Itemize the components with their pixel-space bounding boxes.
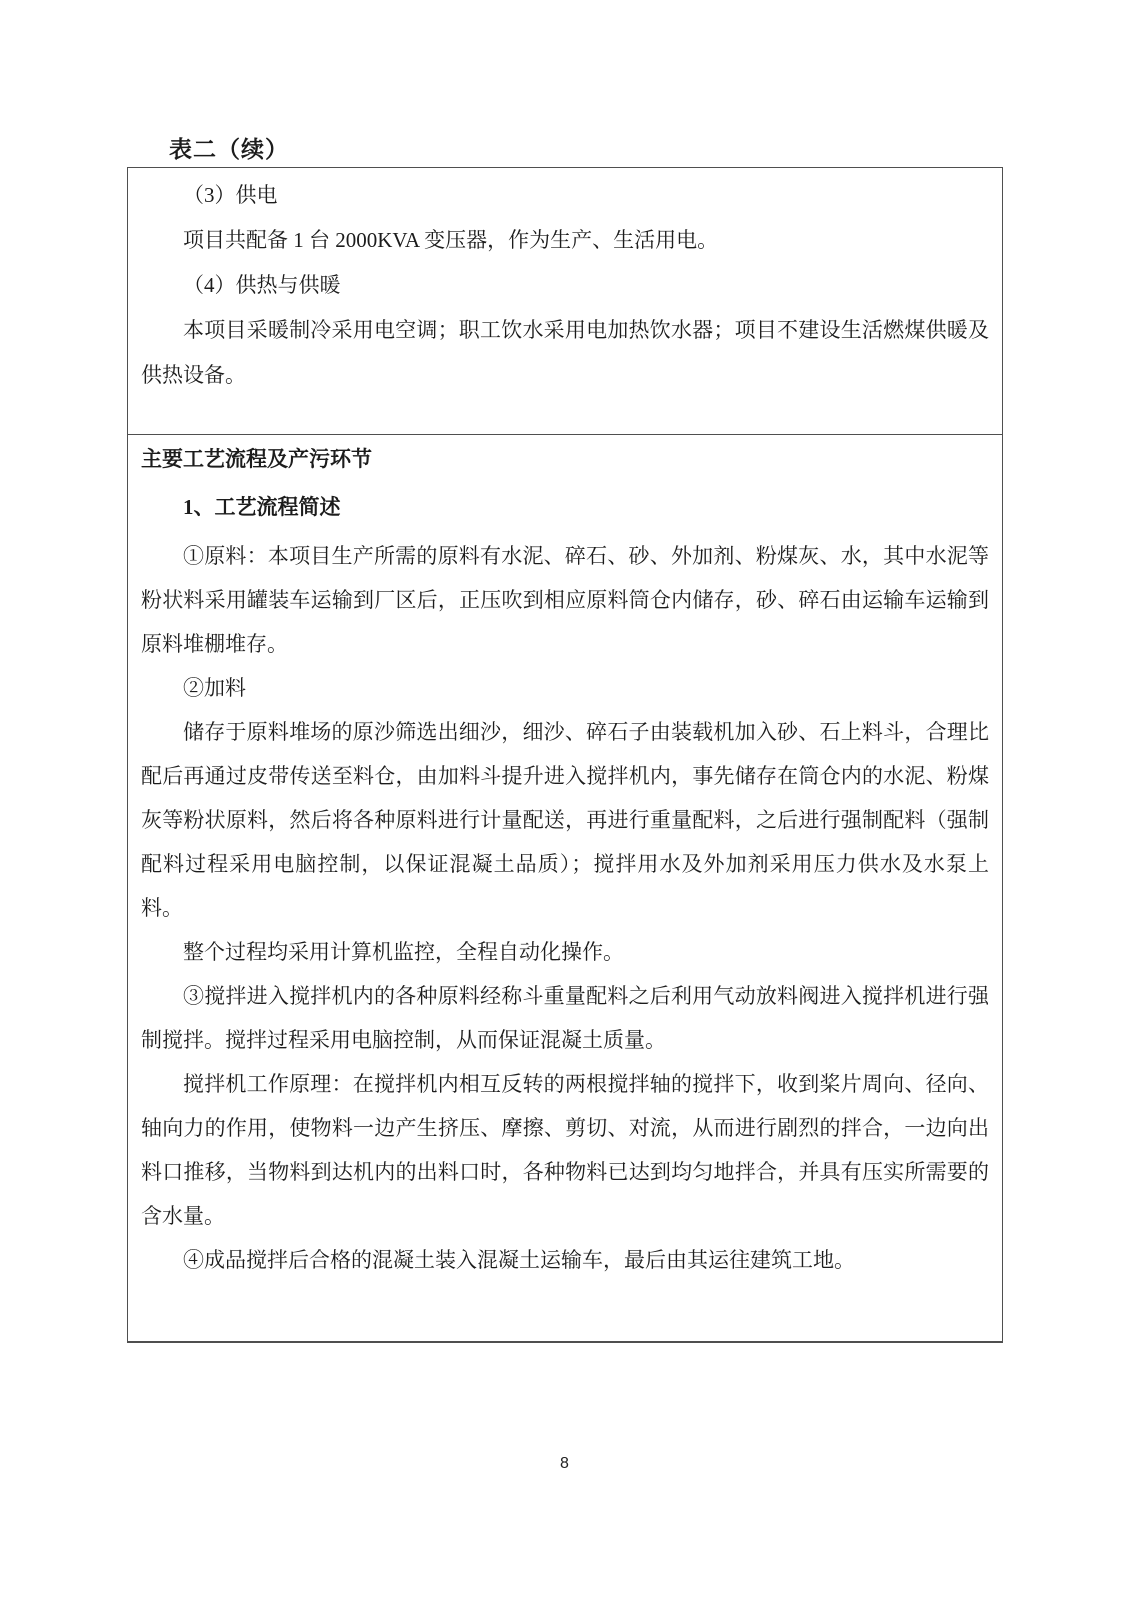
page-title: 表二（续） [169, 131, 289, 164]
table-cell-process: 主要工艺流程及产污环节 1、工艺流程简述 ①原料：本项目生产所需的原料有水泥、碎… [128, 435, 1002, 1341]
paragraph-step2-feeding-detail: 储存于原料堆场的原沙筛选出细沙，细沙、碎石子由装载机加入砂、石上料斗，合理比配后… [141, 710, 989, 930]
paragraph-step3-mixing: ③搅拌进入搅拌机内的各种原料经称斗重量配料之后利用气动放料阀进入搅拌机进行强制搅… [141, 974, 989, 1062]
paragraph-step2-feeding-heading: ②加料 [141, 666, 989, 710]
page-number: 8 [0, 1455, 1129, 1473]
paragraph-heating-detail: 本项目采暖制冷采用电空调；职工饮水采用电加热饮水器；项目不建设生活燃煤供暖及供热… [141, 308, 989, 398]
paragraph-automation-note: 整个过程均采用计算机监控，全程自动化操作。 [141, 930, 989, 974]
paragraph-power-heading: （3）供电 [141, 173, 989, 218]
paragraph-heating-heading: （4）供热与供暖 [141, 263, 989, 308]
paragraph-step4-product: ④成品搅拌后合格的混凝土装入混凝土运输车，最后由其运往建筑工地。 [141, 1238, 989, 1282]
process-section-subheader: 1、工艺流程简述 [141, 485, 989, 529]
paragraph-step1-raw-materials: ①原料：本项目生产所需的原料有水泥、碎石、砂、外加剂、粉煤灰、水，其中水泥等粉状… [141, 534, 989, 666]
table-cell-utilities: （3）供电 项目共配备 1 台 2000KVA 变压器，作为生产、生活用电。 （… [128, 168, 1002, 435]
paragraph-power-detail: 项目共配备 1 台 2000KVA 变压器，作为生产、生活用电。 [141, 218, 989, 263]
process-section-header: 主要工艺流程及产污环节 [141, 437, 989, 481]
content-table: （3）供电 项目共配备 1 台 2000KVA 变压器，作为生产、生活用电。 （… [127, 167, 1003, 1343]
paragraph-mixer-principle: 搅拌机工作原理：在搅拌机内相互反转的两根搅拌轴的搅拌下，收到桨片周向、径向、轴向… [141, 1062, 989, 1238]
